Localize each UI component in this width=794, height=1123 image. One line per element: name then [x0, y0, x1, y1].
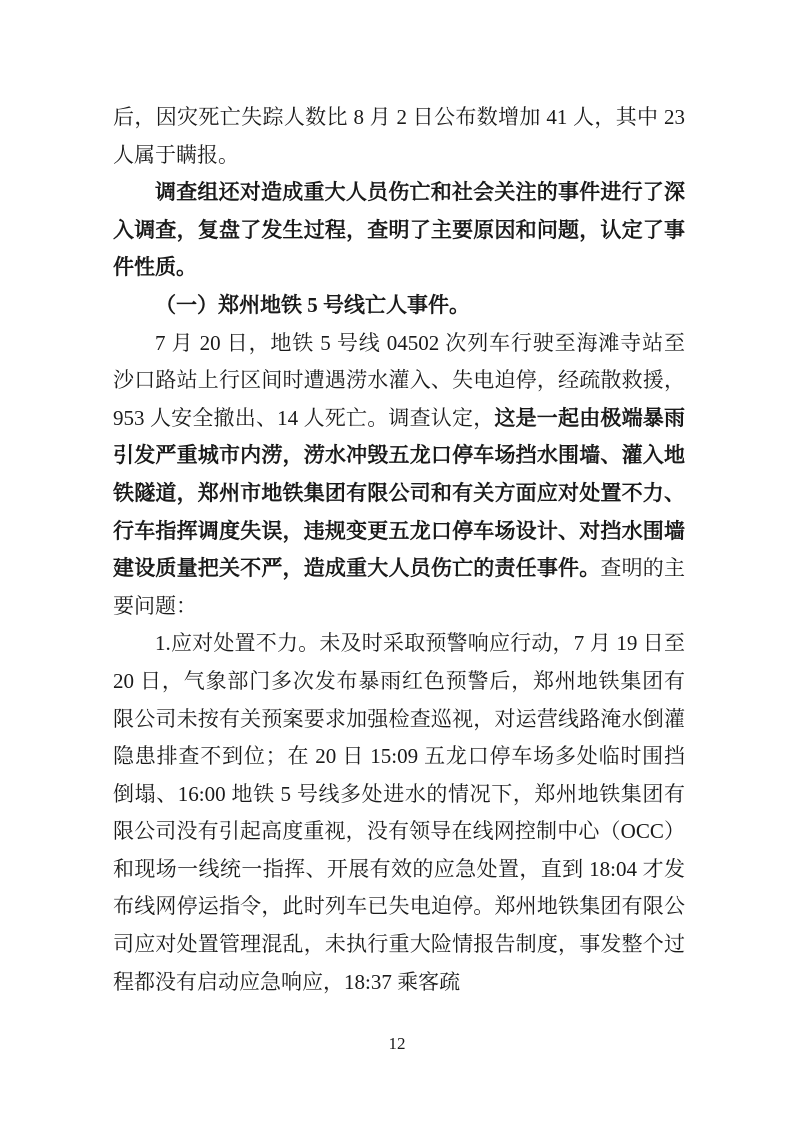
document-body: 后，因灾死亡失踪人数比 8 月 2 日公布数增加 41 人，其中 23 人属于瞒…	[113, 99, 685, 1001]
paragraph-problem-1: 1.应对处置不力。未及时采取预警响应行动，7 月 19 日至 20 日，气象部门…	[113, 625, 685, 1001]
document-page: 后，因灾死亡失踪人数比 8 月 2 日公布数增加 41 人，其中 23 人属于瞒…	[0, 0, 794, 1123]
body-text-run: 未及时采取预警响应行动，7 月 19 日至 20 日，气象部门多次发布暴雨红色预…	[113, 631, 685, 993]
item-lead-text-run: 1.应对处置不力。	[155, 631, 319, 655]
section-heading: （一）郑州地铁 5 号线亡人事件。	[113, 287, 685, 325]
body-text-run: 后，因灾死亡失踪人数比 8 月 2 日公布数增加 41 人，其中 23 人属于瞒…	[113, 105, 685, 167]
paragraph-summary: 调查组还对造成重大人员伤亡和社会关注的事件进行了深入调查，复盘了发生过程，查明了…	[113, 174, 685, 287]
section-heading-text: （一）郑州地铁 5 号线亡人事件。	[155, 293, 470, 317]
paragraph-continuation: 后，因灾死亡失踪人数比 8 月 2 日公布数增加 41 人，其中 23 人属于瞒…	[113, 99, 685, 174]
paragraph-incident: 7 月 20 日，地铁 5 号线 04502 次列车行驶至海滩寺站至沙口路站上行…	[113, 325, 685, 626]
emphasis-text-run: 调查组还对造成重大人员伤亡和社会关注的事件进行了深入调查，复盘了发生过程，查明了…	[113, 181, 685, 279]
page-number: 12	[0, 1033, 794, 1055]
emphasis-text-run: 这是一起由极端暴雨引发严重城市内涝，涝水冲毁五龙口停车场挡水围墙、灌入地铁隧道，…	[113, 407, 685, 580]
